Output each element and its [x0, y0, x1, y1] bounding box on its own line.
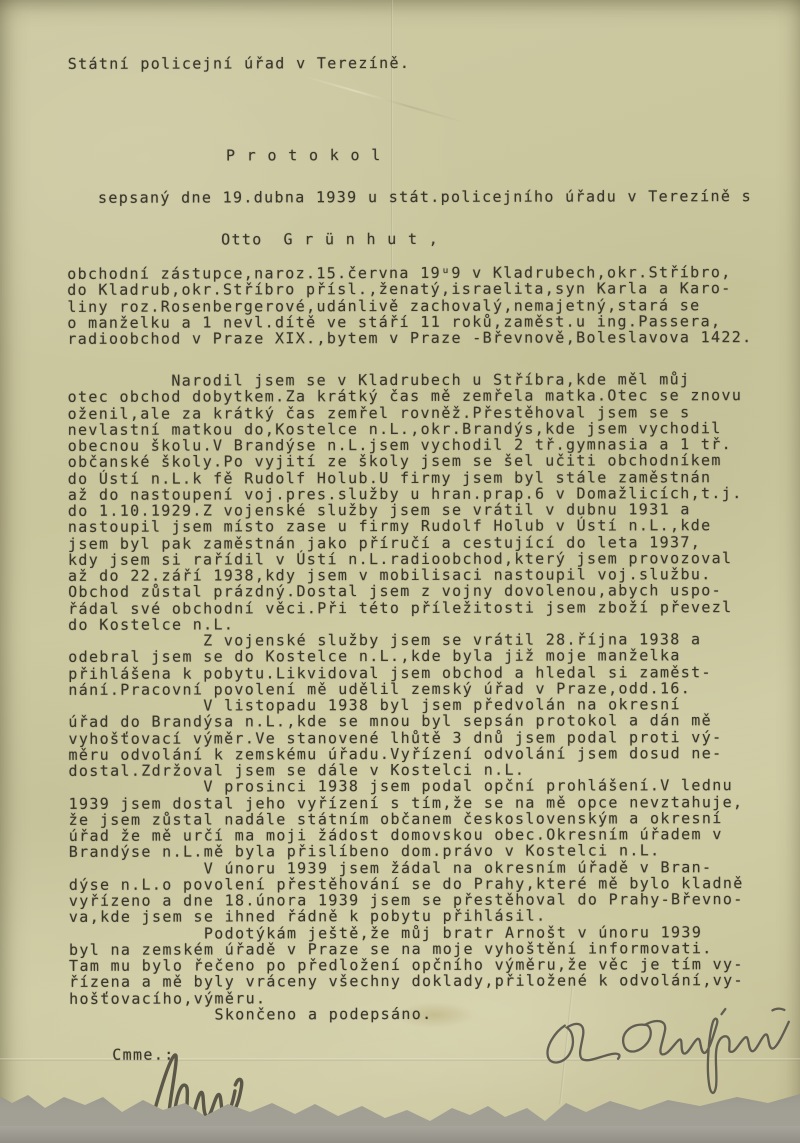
- subject-signature-otto-grunhut: [536, 1003, 800, 1112]
- issuing-agency-line: Státní policejní úřad v Terezíně.: [68, 55, 411, 72]
- subject-name-line: Otto G r ü n h u t ,: [221, 231, 439, 248]
- subject-description-paragraph: obchodní zástupce,naroz.15.června 19ᵘ9 v…: [67, 264, 752, 347]
- dateline: sepsaný dne 19.dubna 1939 u stát.policej…: [98, 188, 752, 206]
- document-title: P r o t o k o l: [226, 147, 382, 164]
- typewritten-text-layer: Státní policejní úřad v Terezíně. P r o …: [0, 0, 800, 1133]
- clerk-signature-handwriting: [117, 1037, 257, 1143]
- document-page: Státní policejní úřad v Terezíně. P r o …: [0, 0, 800, 1132]
- protocol-body-text: Narodil jsem se v Kladrubech u Stříbra,k…: [67, 371, 743, 1023]
